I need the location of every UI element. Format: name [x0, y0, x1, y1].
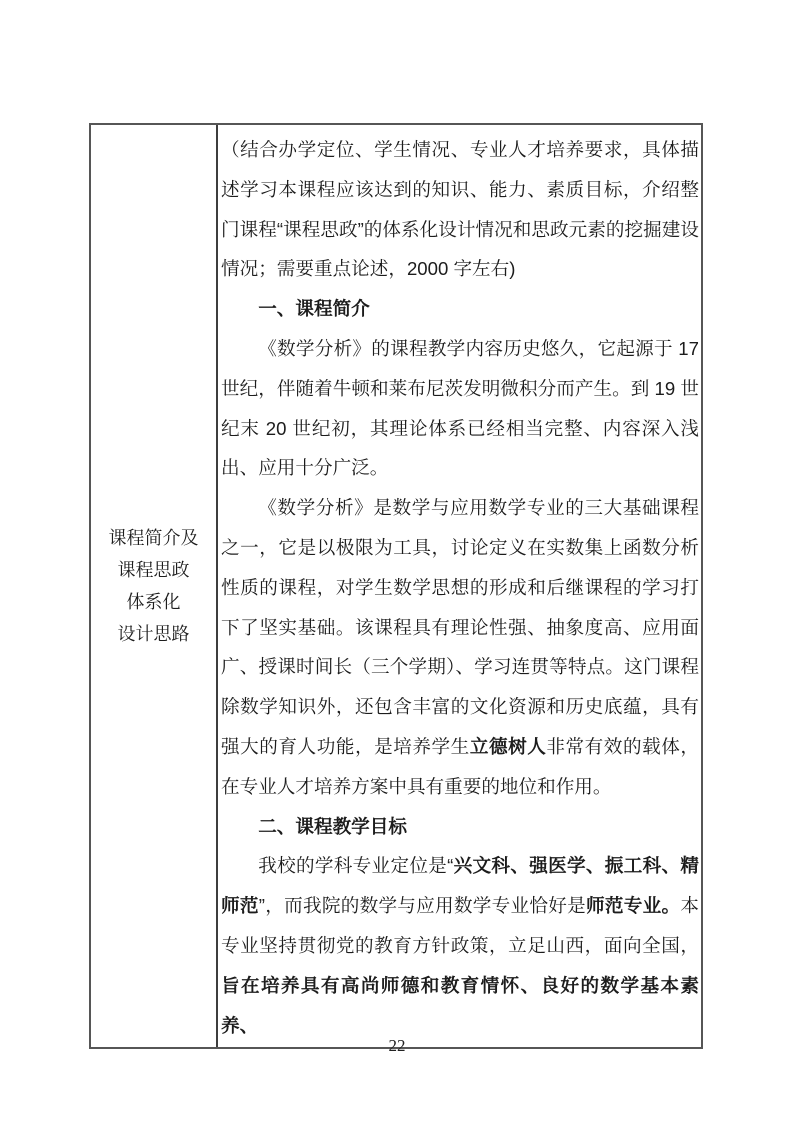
bold-text-run: 师范专业。: [586, 895, 680, 916]
page-number: 22: [0, 1036, 794, 1056]
text-run: （结合办学定位、学生情况、专业人才培养要求，具体描述学习本课程应该达到的知识、能…: [221, 139, 699, 279]
bold-text-run: 立德树人: [470, 736, 547, 757]
text-run: 《数学分析》是数学与应用数学专业的三大基础课程之一，它是以极限为工具，讨论定义在…: [221, 497, 699, 757]
row-header-line: 设计思路: [118, 618, 190, 650]
paragraph: 我校的学科专业定位是“兴文科、强医学、振工科、精师范”，而我院的数学与应用数学专…: [221, 846, 699, 1045]
text-run: ”，而我院的数学与应用数学专业恰好是: [259, 895, 586, 916]
text-run: 我校的学科专业定位是“: [258, 855, 453, 876]
table-content-cell: （结合办学定位、学生情况、专业人才培养要求，具体描述学习本课程应该达到的知识、能…: [218, 125, 701, 1047]
paragraph: （结合办学定位、学生情况、专业人才培养要求，具体描述学习本课程应该达到的知识、能…: [221, 130, 699, 289]
bold-text-run: 二、课程教学目标: [258, 816, 407, 837]
paragraph: 一、课程简介: [221, 289, 699, 329]
row-header-line: 体系化: [127, 586, 181, 618]
row-header-line: 课程思政: [118, 554, 190, 586]
paragraph: 二、课程教学目标: [221, 807, 699, 847]
table-row-header-cell: 课程简介及课程思政体系化设计思路: [91, 125, 218, 1047]
document-page: { "colors": { "page_background": "#fffff…: [0, 0, 794, 1123]
bold-text-run: 一、课程简介: [258, 298, 370, 319]
row-header-line: 课程简介及: [109, 522, 199, 554]
bold-text-run: 旨在培养具有高尚师德和教育情怀、良好的数学基本素养、: [221, 975, 699, 1036]
text-run: 《数学分析》的课程教学内容历史悠久，它起源于 17 世纪，伴随着牛顿和莱布尼茨发…: [221, 338, 699, 478]
paragraph: 《数学分析》是数学与应用数学专业的三大基础课程之一，它是以极限为工具，讨论定义在…: [221, 488, 699, 806]
course-info-table: 课程简介及课程思政体系化设计思路 （结合办学定位、学生情况、专业人才培养要求，具…: [89, 123, 703, 1049]
paragraph: 《数学分析》的课程教学内容历史悠久，它起源于 17 世纪，伴随着牛顿和莱布尼茨发…: [221, 329, 699, 488]
